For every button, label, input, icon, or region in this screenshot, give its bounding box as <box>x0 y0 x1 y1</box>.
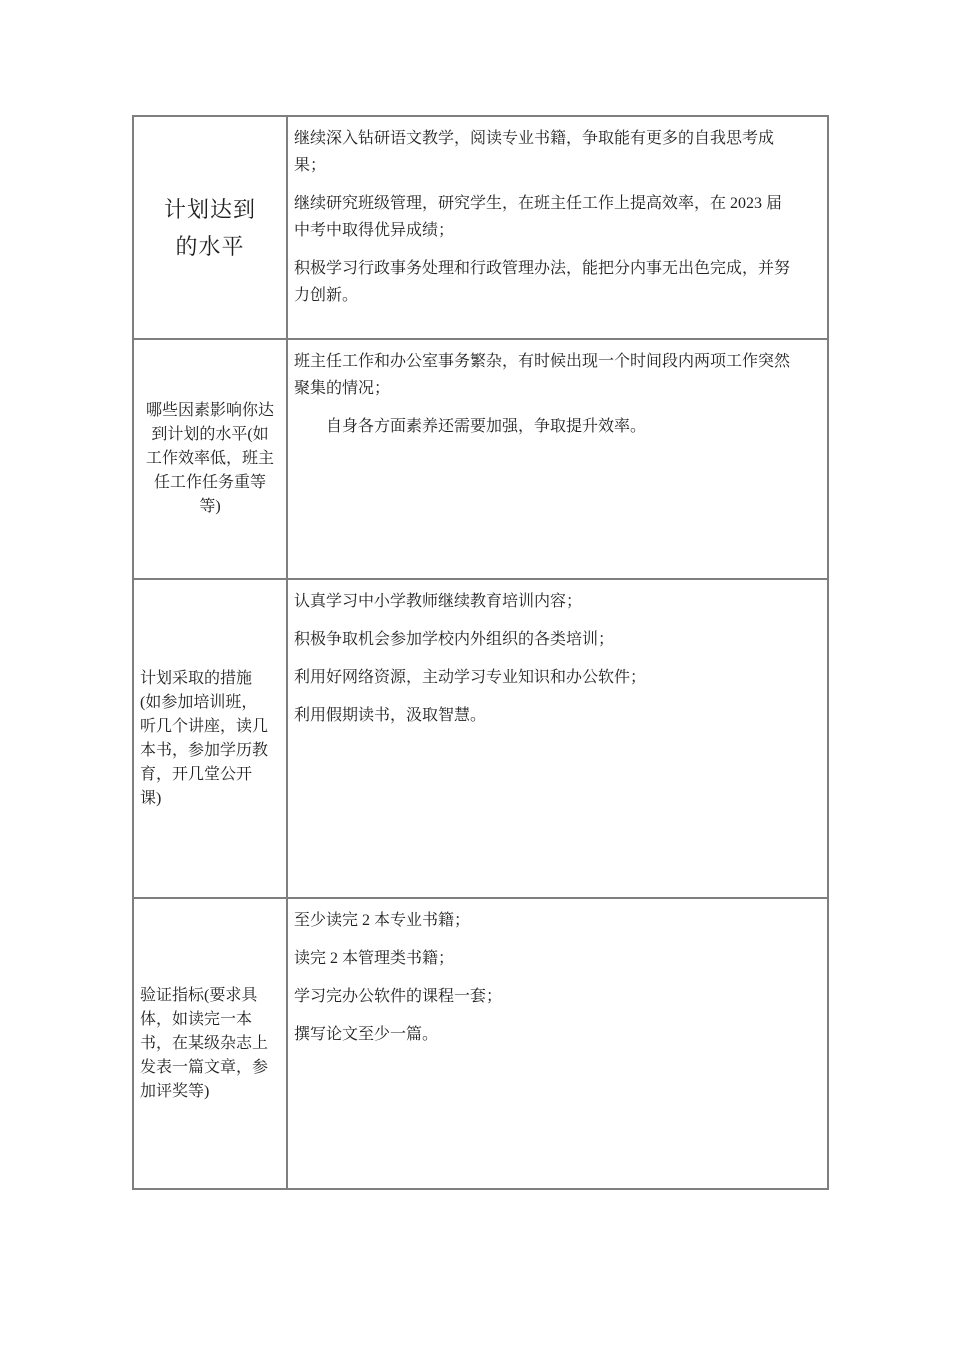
content-paragraph: 认真学习中小学教师继续教育培训内容； <box>294 588 819 615</box>
development-plan-table: 计划达到 的水平 继续深入钻研语文教学，阅读专业书籍，争取能有更多的自我思考成 … <box>132 115 829 1190</box>
content-paragraph: 积极争取机会参加学校内外组织的各类培训； <box>294 626 819 653</box>
content-paragraph: 自身各方面素养还需要加强，争取提升效率。 <box>294 413 819 440</box>
content-paragraph: 读完 2 本管理类书籍； <box>294 945 819 972</box>
content-paragraph: 继续研究班级管理，研究学生，在班主任工作上提高效率，在 2023 届 中考中取得… <box>294 190 819 244</box>
content-paragraph: 利用好网络资源，主动学习专业知识和办公软件； <box>294 664 819 691</box>
influencing-factors-content-cell: 班主任工作和办公室事务繁杂，有时候出现一个时间段内两项工作突然 聚集的情况； 自… <box>288 340 827 578</box>
planned-measures-content-cell: 认真学习中小学教师继续教育培训内容； 积极争取机会参加学校内外组织的各类培训； … <box>288 580 827 897</box>
content-paragraph: 利用假期读书，汲取智慧。 <box>294 702 819 729</box>
verification-indicators-content-cell: 至少读完 2 本专业书籍； 读完 2 本管理类书籍； 学习完办公软件的课程一套；… <box>288 899 827 1188</box>
planned-level-content-cell: 继续深入钻研语文教学，阅读专业书籍，争取能有更多的自我思考成 果； 继续研究班级… <box>288 117 827 338</box>
content-paragraph: 撰写论文至少一篇。 <box>294 1021 819 1048</box>
planned-level-label: 计划达到 的水平 <box>140 191 280 265</box>
content-paragraph: 积极学习行政事务处理和行政管理办法，能把分内事无出色完成，并努 力创新。 <box>294 255 819 309</box>
influencing-factors-label: 哪些因素影响你达 到计划的水平(如 工作效率低，班主 任工作任务重等 等) <box>140 399 280 519</box>
content-paragraph: 班主任工作和办公室事务繁杂，有时候出现一个时间段内两项工作突然 聚集的情况； <box>294 348 819 402</box>
content-paragraph: 学习完办公软件的课程一套； <box>294 983 819 1010</box>
verification-indicators-label: 验证指标(要求具 体，如读完一本 书，在某级杂志上 发表一篇文章，参 加评奖等) <box>140 984 280 1104</box>
verification-indicators-label-cell: 验证指标(要求具 体，如读完一本 书，在某级杂志上 发表一篇文章，参 加评奖等) <box>134 899 286 1188</box>
planned-measures-label: 计划采取的措施 (如参加培训班， 听几个讲座，读几 本书，参加学历教 育，开几堂… <box>140 667 280 811</box>
content-paragraph: 至少读完 2 本专业书籍； <box>294 907 819 934</box>
influencing-factors-label-cell: 哪些因素影响你达 到计划的水平(如 工作效率低，班主 任工作任务重等 等) <box>134 340 286 578</box>
planned-measures-label-cell: 计划采取的措施 (如参加培训班， 听几个讲座，读几 本书，参加学历教 育，开几堂… <box>134 580 286 897</box>
content-paragraph: 继续深入钻研语文教学，阅读专业书籍，争取能有更多的自我思考成 果； <box>294 125 819 179</box>
planned-level-label-cell: 计划达到 的水平 <box>134 117 286 338</box>
